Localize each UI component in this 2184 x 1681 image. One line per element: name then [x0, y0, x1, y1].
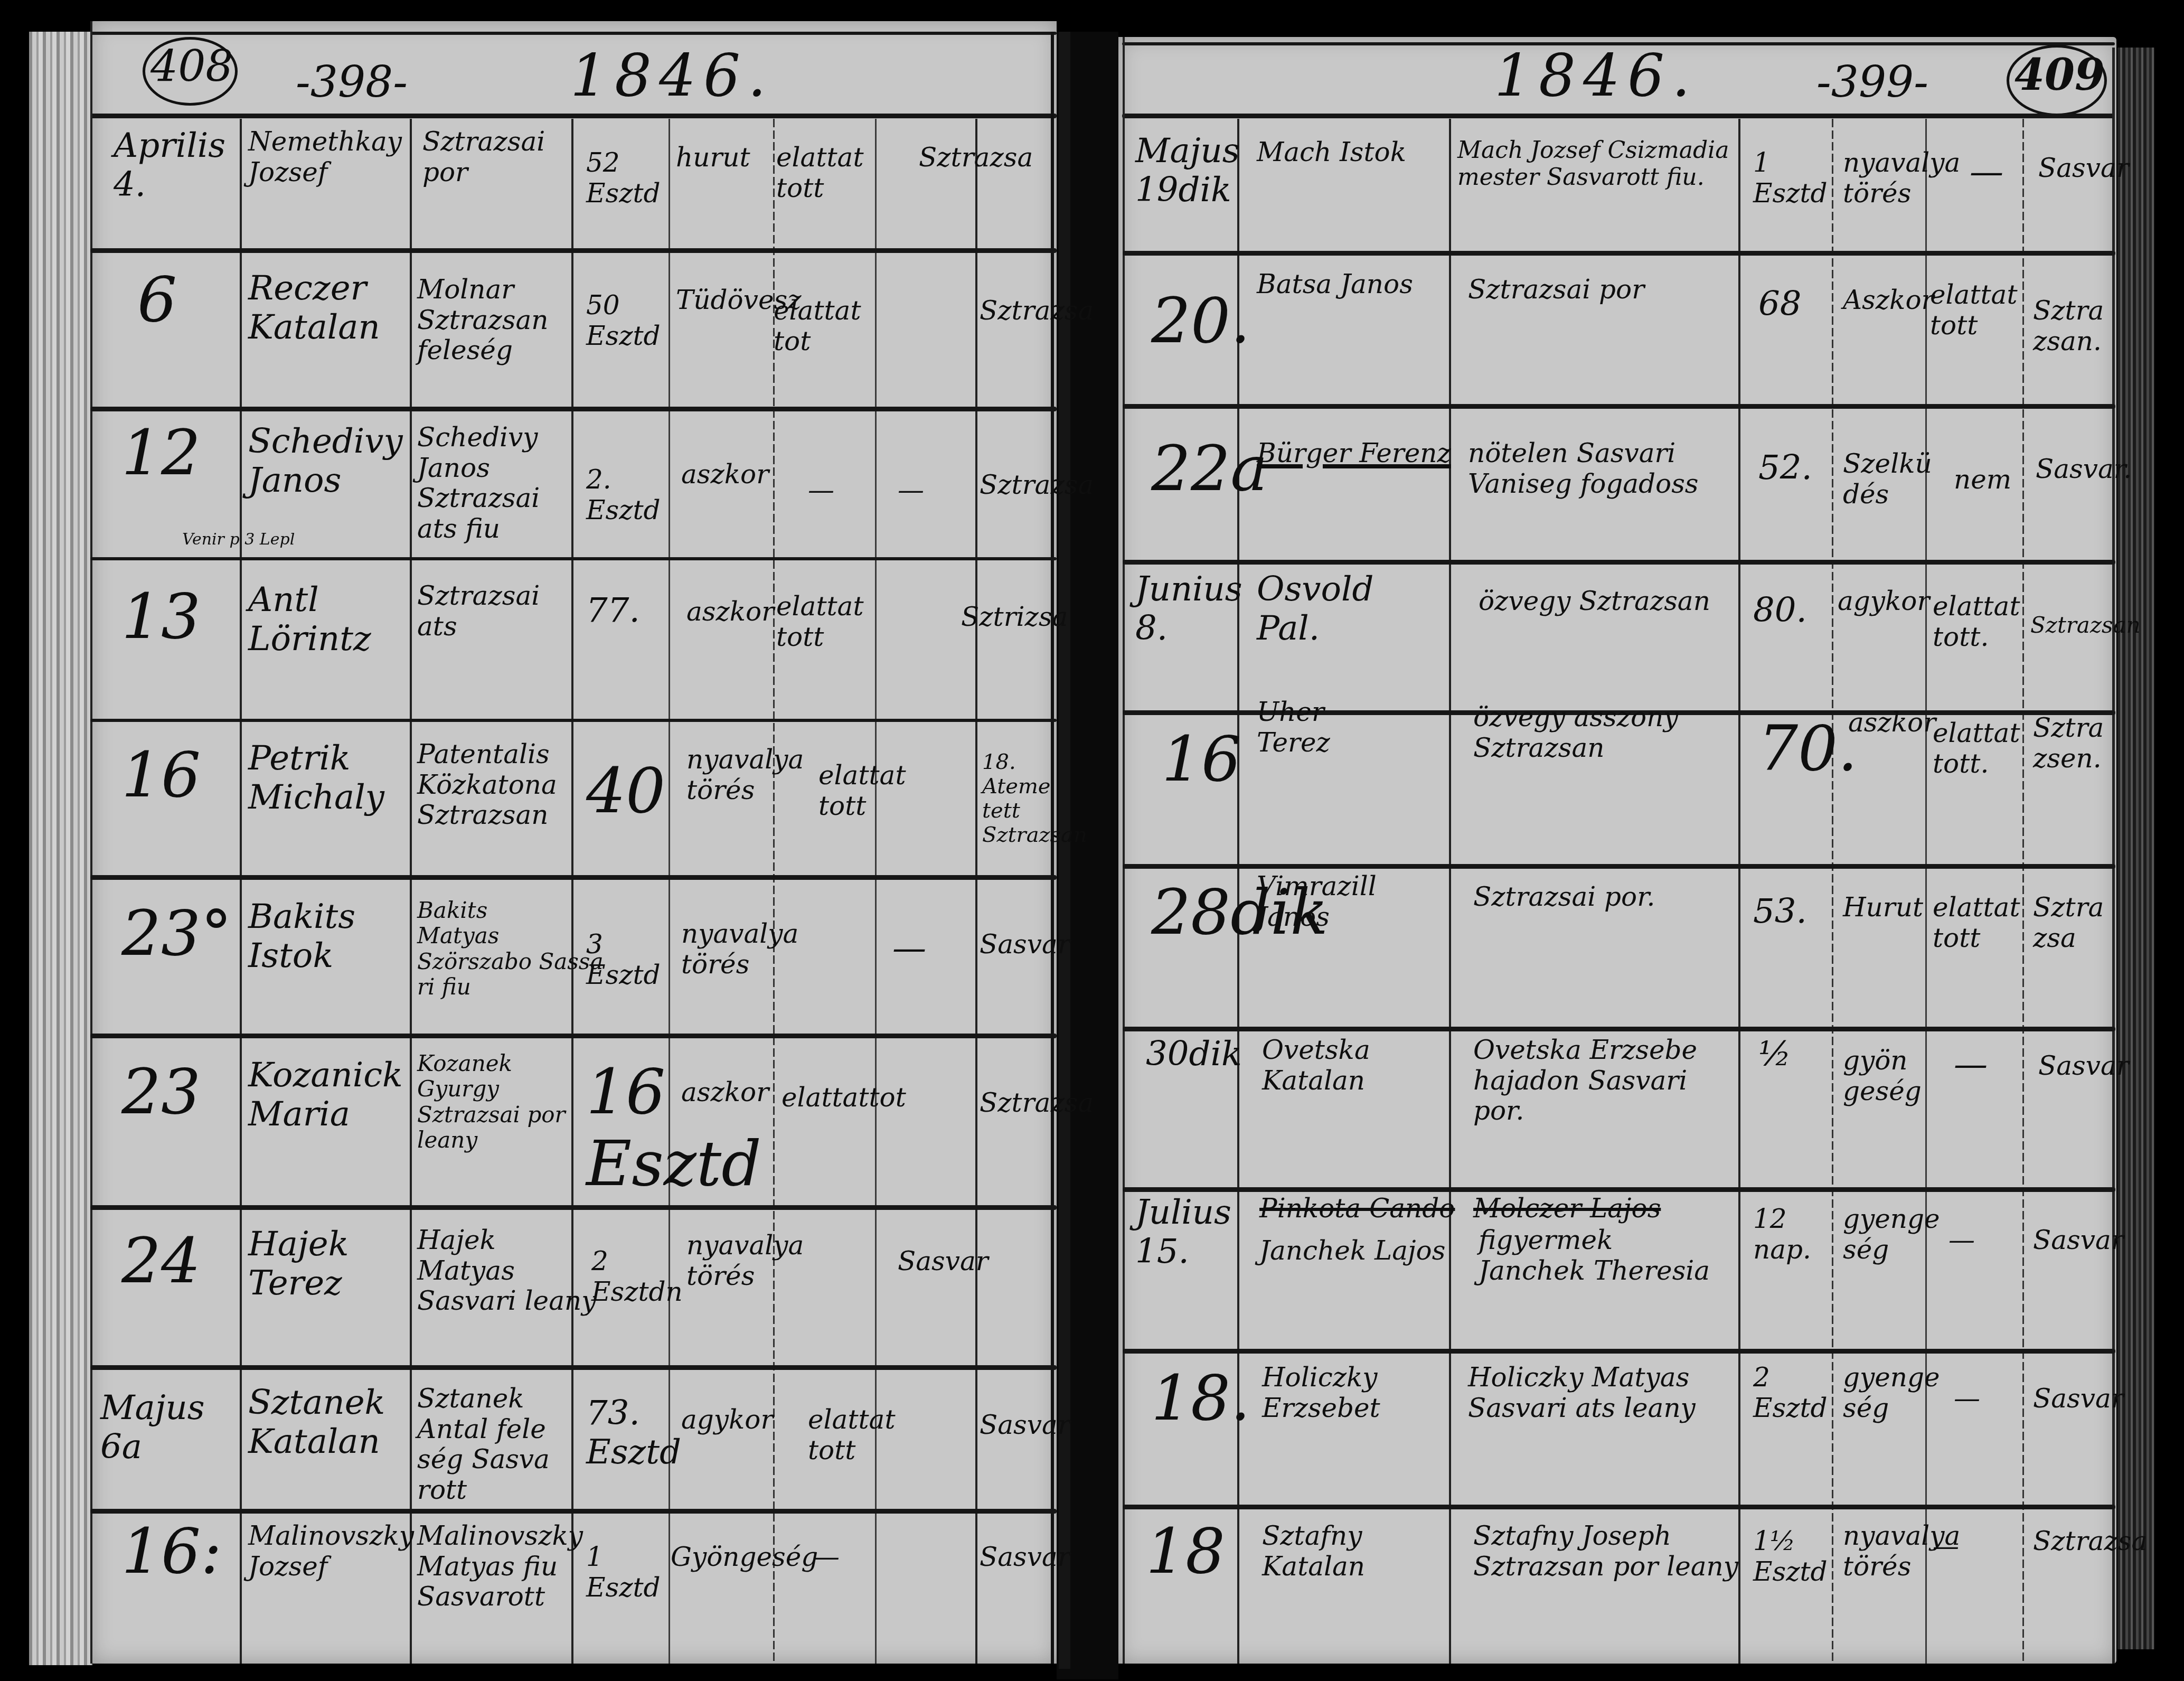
entry-sacrament: nem: [1954, 465, 2011, 495]
entry-col7: —: [892, 929, 926, 969]
top-rule-left: [90, 32, 1057, 35]
entry-name: Batsa Janos: [1257, 269, 1413, 300]
entry-parents: Molnar Sztrazsan feleség: [417, 275, 548, 366]
entry-name: Osvold Pal.: [1257, 570, 1373, 648]
entry-parents: Sztrazsai ats: [417, 581, 540, 642]
entry-cause: Aszkor: [1843, 285, 1934, 316]
row-rule: [90, 1205, 1057, 1210]
entry-cause: gyön geség: [1843, 1046, 1922, 1106]
right-page-border: [2112, 48, 2115, 1664]
entry-cause: hurut: [676, 143, 750, 173]
entry-cause: agykor: [1838, 586, 1929, 617]
entry-cause: nyavalya törés: [686, 745, 804, 805]
entry-burial-place: Sztra zsen.: [2033, 713, 2104, 774]
left-col-line: [571, 119, 573, 1664]
entry-age: 80.: [1753, 591, 1807, 631]
entry-burial-place: Sztra zsan.: [2033, 296, 2104, 356]
entry-parents: özvegy Sztrazsan: [1479, 586, 1710, 617]
entry-age: 1½ Esztd: [1753, 1526, 1828, 1587]
entry-burial-place: Sasvar: [2038, 153, 2129, 184]
entry-date: 18: [1146, 1516, 1225, 1588]
entry-age: 1 Esztd: [586, 1542, 661, 1603]
left-page-number: -398-: [296, 58, 408, 108]
left-year-header: 1846.: [570, 42, 774, 109]
entry-burial-place: Sztrazsa: [919, 143, 1033, 173]
row-rule: [1123, 1187, 2115, 1192]
left-page-stack-edge: [29, 32, 92, 1665]
entry-parents: Sztrazsai por: [1468, 275, 1644, 305]
entry-name: Holiczky Erzsebet: [1262, 1363, 1380, 1423]
row-rule: [1123, 560, 2115, 565]
entry-burial-place: Sztrazsan: [2030, 613, 2141, 638]
entry-age: 2 Esztdn: [591, 1246, 683, 1307]
entry-name: Ovetska Katalan: [1262, 1035, 1370, 1096]
row-rule: [90, 248, 1057, 253]
entry-date: 24: [121, 1225, 201, 1297]
entry-date: 6: [137, 264, 177, 336]
right-page-number: -399-: [1816, 58, 1928, 108]
open-register-book: 408 -398- 1846. Aprilis 4. Nemethkay Joz…: [0, 0, 2184, 1681]
left-page: [90, 21, 1057, 1664]
entry-burial-place: Sasvar.: [2036, 454, 2132, 485]
right-col-line: [1925, 119, 1927, 1664]
right-col-line: [1123, 37, 1125, 1664]
header-rule-right: [1122, 114, 2115, 118]
entry-sacrament: elattat tot: [774, 296, 861, 356]
right-col-line: [1738, 119, 1740, 1664]
left-col-line: [410, 119, 412, 1664]
entry-burial-place: Sztrazsa: [2033, 1526, 2147, 1557]
entry-sacrament: elattattot: [782, 1083, 906, 1113]
entry-date: 16: [121, 739, 201, 811]
entry-parents: figyermek Janchek Theresia: [1479, 1225, 1710, 1286]
entry-cause: gyenge ség: [1843, 1363, 1940, 1423]
entry-parents: Patentalis Közkatona Sztrazsan: [417, 739, 557, 831]
entry-name: Bürger Ferenz: [1257, 438, 1451, 469]
entry-cause: aszkor: [686, 597, 774, 627]
entry-sacrament: elattat tott.: [1933, 718, 2020, 779]
right-stamped-number: 409: [2014, 50, 2105, 100]
entry-date: Aprilis 4.: [114, 127, 225, 204]
row-rule: [1123, 404, 2115, 409]
entry-date: 22a: [1151, 433, 1268, 505]
entry-name: Janchek Lajos: [1259, 1236, 1445, 1266]
entry-cause: nyavalya törés: [1843, 148, 1960, 209]
row-rule: [1123, 1027, 2115, 1031]
entry-sacrament: —: [808, 475, 834, 506]
entry-name: Vimrazill Janos: [1257, 871, 1377, 932]
entry-date: 12: [121, 417, 201, 489]
row-rule: [90, 1365, 1057, 1370]
entry-sacrament: elattat tott: [818, 760, 906, 821]
entry-name: Petrik Michaly: [248, 739, 384, 817]
entry-age: 73. Esztd: [586, 1394, 681, 1472]
left-col-line: [240, 119, 242, 1664]
entry-date: 23: [121, 1056, 201, 1128]
entry-burial-place: Sasvar: [2033, 1384, 2124, 1414]
entry-cause: nyavalya törés: [686, 1231, 804, 1291]
entry-cause: nyavalya törés: [681, 919, 798, 980]
entry-age: 2 Esztd: [1753, 1363, 1828, 1423]
entry-burial-place: Sztrizsa: [961, 602, 1068, 633]
entry-date: Majus 19dik: [1135, 132, 1240, 210]
row-rule: [90, 1034, 1057, 1038]
entry-name-struck: Pinkota Cando: [1259, 1194, 1455, 1224]
entry-name: Bakits Istok: [248, 898, 355, 975]
entry-date: 18.: [1151, 1363, 1250, 1434]
entry-age: 3 Esztd: [586, 929, 661, 990]
entry-sacrament: —: [1933, 1532, 1959, 1562]
entry-name: Mach Istok: [1257, 137, 1406, 168]
entry-age: 70.: [1758, 713, 1858, 785]
entry-burial-place: 18. Ateme tett Sztrazsan: [982, 750, 1087, 847]
right-col-line: [2022, 119, 2024, 1664]
entry-parents: Kozanek Gyurgy Sztrazsai por leany: [417, 1051, 566, 1153]
entry-age: 52 Esztd: [586, 148, 661, 209]
entry-col7: —: [898, 475, 924, 506]
entry-parents: Malinovszky Matyas fiu Sasvarott: [417, 1521, 583, 1612]
entry-sacrament: —: [1954, 1046, 1988, 1085]
entry-burial-place: Sztra zsa: [2033, 893, 2104, 953]
entry-name: Schedivy Janos: [248, 422, 403, 500]
entry-sacrament: —: [813, 1542, 840, 1573]
entry-name: Sztanek Katalan: [248, 1384, 385, 1461]
entry-cause: Gyöngeség: [671, 1542, 818, 1573]
entry-age: 12 nap.: [1753, 1204, 1811, 1265]
entry-parents-struck: Molczer Lajos: [1473, 1194, 1661, 1224]
entry-parents: Mach Jozsef Csizmadia mester Sasvarott f…: [1457, 137, 1729, 191]
entry-burial-place: Sasvar: [2038, 1051, 2129, 1082]
entry-parents: Sztafny Joseph Sztrazsan por leany: [1473, 1521, 1738, 1582]
row-rule: [90, 719, 1057, 722]
entry-date: Junius 8.: [1135, 570, 1242, 648]
entry-name: Hajek Terez: [248, 1225, 349, 1303]
row-rule: [1123, 1349, 2115, 1354]
entry-date: 23°: [121, 898, 232, 970]
row-rule: [90, 1509, 1057, 1514]
margin-note: Venir p 3 Lepl: [182, 531, 295, 549]
row-rule: [90, 407, 1057, 411]
entry-date: 30dik: [1146, 1035, 1242, 1074]
entry-name: Uher Terez: [1257, 697, 1330, 758]
entry-date: Majus 6a: [100, 1389, 205, 1467]
entry-burial-place: Sasvar: [980, 929, 1070, 960]
entry-name: Antl Lörintz: [248, 581, 371, 659]
entry-cause: Szelkü dés: [1843, 449, 1932, 510]
entry-burial-place: Sztrazsa: [980, 470, 1094, 501]
header-rule-left: [90, 114, 1057, 118]
row-rule: [1123, 864, 2115, 869]
entry-cause: agykor: [681, 1405, 773, 1435]
entry-burial-place: Sasvar: [2033, 1225, 2124, 1256]
entry-age: 53.: [1753, 893, 1807, 932]
entry-age: 1 Esztd: [1753, 148, 1828, 209]
entry-sacrament: —: [1948, 1225, 1975, 1256]
entry-name: Nemethkay Jozsef: [248, 127, 402, 187]
row-rule: [90, 875, 1057, 880]
right-year-header: 1846.: [1494, 42, 1698, 109]
entry-date: 16: [1162, 724, 1241, 795]
right-col-line: [1832, 119, 1833, 1664]
entry-name: Sztafny Katalan: [1262, 1521, 1365, 1582]
entry-parents: Sztrazsai por: [422, 127, 545, 187]
entry-parents: Schedivy Janos Sztrazsai ats fiu: [417, 422, 540, 544]
entry-cause: Hurut: [1843, 893, 1923, 923]
right-col-line: [1449, 119, 1451, 1664]
entry-date: 20.: [1151, 285, 1250, 357]
entry-parents: özvegy asszony Sztrazsan: [1473, 702, 1678, 763]
entry-age: 77.: [586, 591, 640, 631]
entry-burial-place: Sasvar: [898, 1246, 989, 1277]
left-col-line: [90, 21, 92, 1664]
entry-name: Kozanick Maria: [248, 1056, 403, 1134]
entry-sacrament: —: [1954, 1384, 1980, 1414]
entry-age: ½: [1758, 1035, 1791, 1074]
entry-sacrament: elattat tott: [1930, 280, 2017, 341]
entry-sacrament: —: [1970, 153, 2003, 192]
entry-sacrament: elattat tott: [808, 1405, 895, 1466]
entry-date: 13: [121, 581, 201, 653]
entry-age: 2. Esztd: [586, 465, 661, 525]
entry-burial-place: Sasvar: [980, 1542, 1070, 1573]
entry-sacrament: elattat tott: [1933, 893, 2020, 953]
row-rule: [1123, 1505, 2115, 1509]
entry-cause: aszkor: [681, 1077, 769, 1108]
entry-sacrament: elattat tott.: [1933, 591, 2020, 652]
entry-cause: gyenge ség: [1843, 1204, 1940, 1265]
entry-burial-place: Sasvar: [980, 1410, 1070, 1441]
entry-age: 68: [1758, 285, 1801, 324]
entry-parents: Ovetska Erzsebe hajadon Sasvari por.: [1473, 1035, 1697, 1126]
entry-age: 40: [586, 755, 665, 827]
entry-age: 50 Esztd: [586, 290, 661, 351]
entry-name: Malinovszky Jozsef: [248, 1521, 414, 1582]
entry-name: Reczer Katalan: [248, 269, 380, 347]
entry-sacrament: elattat tott: [776, 143, 863, 203]
left-col-line: [975, 119, 977, 1664]
entry-parents: Bakits Matyas Szörszabo Sassa ri fiu: [417, 898, 603, 1000]
entry-parents: nötelen Sasvari Vaniseg fogadoss: [1468, 438, 1699, 499]
entry-parents: Hajek Matyas Sasvari leany: [417, 1225, 596, 1317]
entry-date: Julius 15.: [1135, 1194, 1231, 1271]
entry-cause: aszkor: [1848, 708, 1936, 738]
entry-age: 52.: [1758, 449, 1812, 488]
entry-date: 16:: [121, 1516, 222, 1588]
left-stamped-number: 408: [150, 42, 233, 92]
row-rule: [1123, 251, 2115, 256]
entry-burial-place: Sztrazsa: [980, 296, 1094, 326]
entry-cause: aszkor: [681, 459, 769, 490]
entry-sacrament: elattat tott: [776, 591, 863, 652]
entry-parents: Sztanek Antal fele ség Sasva rott: [417, 1384, 550, 1505]
row-rule: [90, 557, 1057, 560]
entry-parents: Holiczky Matyas Sasvari ats leany: [1468, 1363, 1696, 1423]
entry-parents: Sztrazsai por.: [1473, 882, 1655, 913]
entry-burial-place: Sztrazsa: [980, 1088, 1094, 1119]
